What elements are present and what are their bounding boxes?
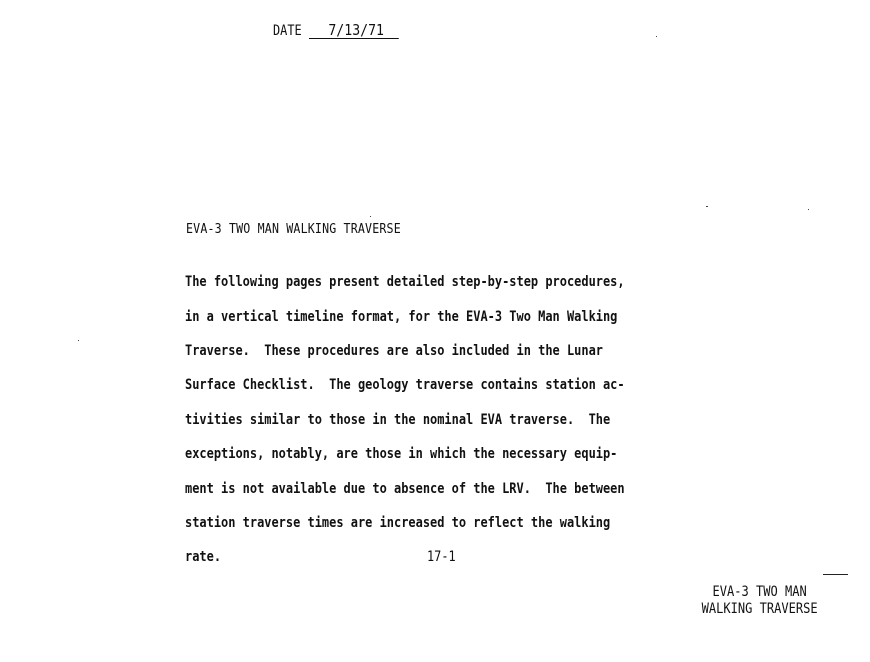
body-paragraph: The following pages present detailed ste…: [185, 257, 715, 584]
tab-label-line: WALKING TRAVERSE: [690, 601, 829, 618]
scan-speck: [370, 216, 371, 217]
section-title: EVA-3 TWO MAN WALKING TRAVERSE: [186, 221, 401, 237]
scan-speck: [808, 209, 809, 210]
date-field: DATE 7/13/71: [273, 22, 411, 39]
body-line: exceptions, notably, are those in which …: [185, 446, 715, 463]
page-number: 17-1: [427, 549, 456, 565]
scan-speck: [78, 340, 79, 341]
section-tab-label: EVA-3 TWO MAN WALKING TRAVERSE: [690, 584, 829, 618]
body-line: in a vertical timeline format, for the E…: [185, 309, 715, 326]
body-line: station traverse times are increased to …: [185, 515, 715, 532]
tab-label-line: EVA-3 TWO MAN: [690, 584, 829, 601]
document-page: DATE 7/13/71 EVA-3 TWO MAN WALKING TRAVE…: [0, 0, 870, 662]
scan-speck: [656, 36, 657, 37]
date-label: DATE: [273, 23, 304, 39]
body-line: ment is not available due to absence of …: [185, 481, 715, 498]
tab-divider: [823, 574, 848, 575]
date-value: 7/13/71: [309, 22, 399, 39]
body-line: Traverse. These procedures are also incl…: [185, 343, 715, 360]
body-line: Surface Checklist. The geology traverse …: [185, 377, 715, 394]
body-line: The following pages present detailed ste…: [185, 274, 715, 291]
body-line: tivities similar to those in the nominal…: [185, 412, 715, 429]
scan-speck: [706, 206, 708, 207]
